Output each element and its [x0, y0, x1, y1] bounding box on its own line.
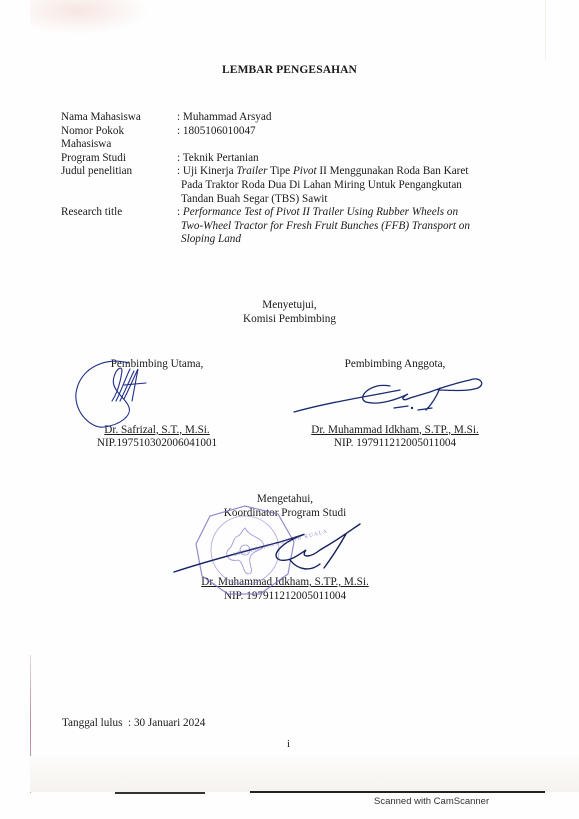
- signature-block-coordinator: Mengetahui, Koordinator Program Studi Dr…: [185, 493, 385, 603]
- field-student-id: Nomor Pokok Mahasiswa : 1805106010047: [61, 125, 481, 152]
- field-value: : 1805106010047: [173, 125, 481, 152]
- field-value: : Teknik Pertanian: [173, 152, 481, 166]
- field-label: Nama Mahasiswa: [61, 111, 173, 125]
- page-bottom-edge: [250, 791, 545, 793]
- page-bottom-edge: [115, 792, 205, 794]
- acknowledgment-label: Mengetahui,: [185, 493, 385, 507]
- signatory-name: Dr. Muhammad Idkham, S.TP., M.Si.: [185, 576, 385, 590]
- scan-smudge: [30, 0, 150, 35]
- field-value: : Performance Test of Pivot II Trailer U…: [173, 206, 481, 247]
- scanner-watermark: Scanned with CamScanner: [374, 796, 489, 807]
- scan-shadow: [30, 756, 579, 792]
- field-value: : Muhammad Arsyad: [173, 111, 481, 125]
- field-student-name: Nama Mahasiswa : Muhammad Arsyad: [61, 111, 481, 125]
- field-label: Research title: [61, 206, 173, 247]
- scan-edge: [545, 0, 546, 60]
- signature-block-main-supervisor: Pembimbing Utama, Dr. Safrizal, S.T., M.…: [62, 358, 252, 451]
- signatory-name: Dr. Muhammad Idkham, S.TP., M.Si.: [300, 424, 490, 438]
- page-title: LEMBAR PENGESAHAN: [0, 64, 579, 76]
- field-research-title-en: Research title : Performance Test of Piv…: [61, 206, 481, 247]
- signatory-nip: NIP.197510302006041001: [62, 437, 252, 451]
- approval-heading: Menyetujui, Komisi Pembimbing: [0, 298, 579, 326]
- field-value: : Uji Kinerja Trailer Tipe Pivot II Meng…: [173, 165, 481, 206]
- page-number: i: [287, 738, 290, 750]
- document-page: LEMBAR PENGESAHAN Nama Mahasiswa : Muham…: [0, 0, 579, 819]
- student-info: Nama Mahasiswa : Muhammad Arsyad Nomor P…: [61, 111, 481, 247]
- graduation-date: Tanggal lulus : 30 Januari 2024: [62, 717, 205, 729]
- signatory-nip: NIP. 197911212005011004: [185, 590, 385, 604]
- field-label: Nomor Pokok Mahasiswa: [61, 125, 173, 152]
- signature-block-member-supervisor: Pembimbing Anggota, Dr. Muhammad Idkham,…: [300, 358, 490, 451]
- signatory-role: Koordinator Program Studi: [185, 507, 385, 521]
- signatory-role: Pembimbing Anggota,: [300, 358, 490, 372]
- signatory-role: Pembimbing Utama,: [62, 358, 252, 372]
- field-study-program: Program Studi : Teknik Pertanian: [61, 152, 481, 166]
- field-label: Judul penelitian: [61, 165, 173, 206]
- field-research-title-id: Judul penelitian : Uji Kinerja Trailer T…: [61, 165, 481, 206]
- field-label: Program Studi: [61, 152, 173, 166]
- signatory-name: Dr. Safrizal, S.T., M.Si.: [62, 424, 252, 438]
- signatory-nip: NIP. 197911212005011004: [300, 437, 490, 451]
